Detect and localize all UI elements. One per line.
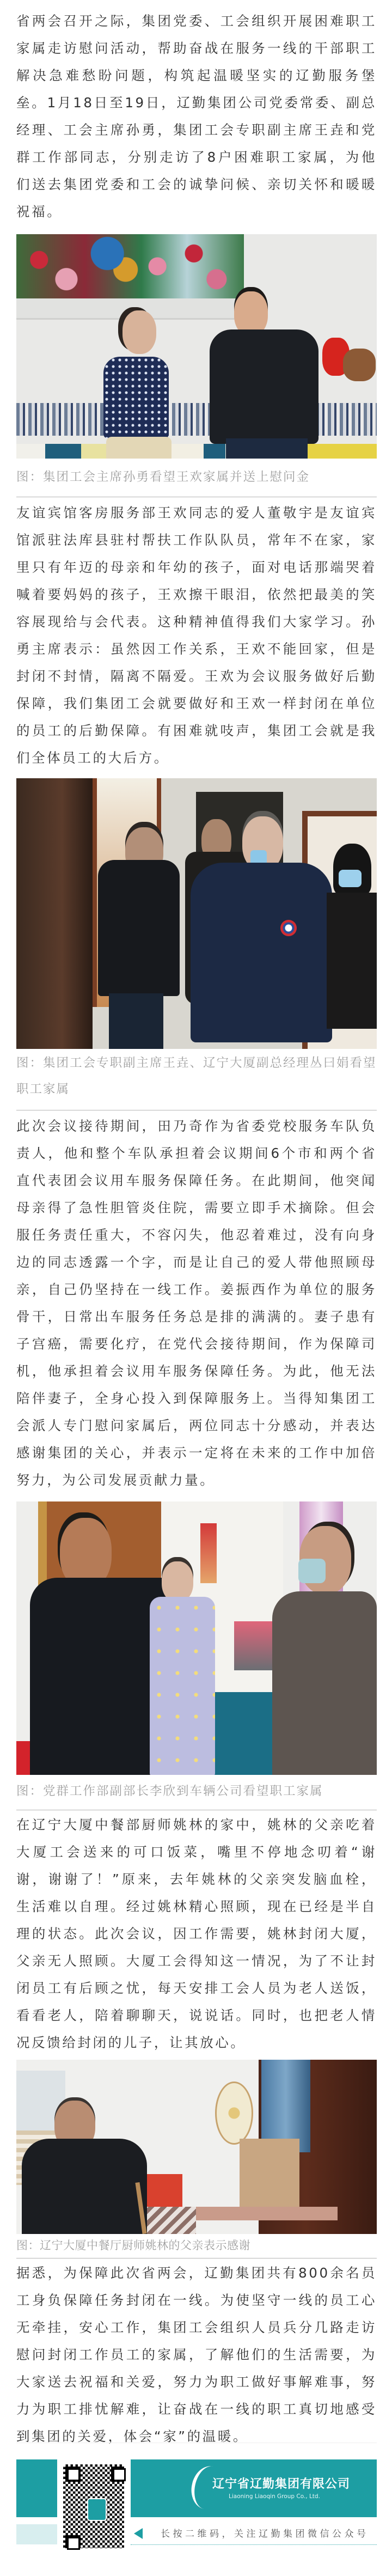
door-frame-left [16,778,93,1049]
woman-in-pajamas [150,1561,215,1775]
paper-bag [240,2139,299,2209]
caption-photo3: 图：党群工作部副部长李欣到车辆公司看望职工家属 [16,1778,377,1804]
dotted-underline [131,2544,377,2545]
table [191,2207,338,2220]
peony-painting [16,234,244,298]
arrow-left-icon [134,2528,143,2539]
electric-fan [215,2081,253,2145]
sofa-cushion [16,444,377,459]
photo-union-chairman-visit [16,234,377,459]
article: 省两会召开之际，集团党委、工会组织开展困难职工家属走访慰问活动，帮助奋战在服务一… [16,0,377,2450]
caption-photo2: 图：集团工会专职副主席王垚、辽宁大厦副总经理丛曰娟看望职工家属 [16,1050,377,1102]
qr-finder [67,2468,80,2481]
brand-panel: 辽宁省辽勤集团有限公司 Liaoning Liaoqin Group Co., … [131,2459,377,2517]
paragraph-yao-lin: 在辽宁大厦中餐部厨师姚林的家中，姚林的父亲吃着大厦工会送来的可口饭菜，嘴里不停地… [16,1811,377,2056]
qr-code-icon[interactable] [61,2462,126,2550]
union-chairman [210,291,318,459]
footer-divider [16,2443,377,2443]
paragraph-wang-huan: 友谊宾馆客房服务部王欢同志的爱人董敬宇是友谊宾馆派驻法库县驻村帮扶工作队队员，常… [16,499,377,772]
banner-accent-light [16,2524,57,2544]
brand-name-en: Liaoning Liaoqin Group Co., Ltd. [229,2493,320,2500]
qr-finder [113,2468,126,2481]
photo-vice-chairman-visit [16,778,377,1049]
company-logo-icon [87,2498,107,2521]
deputy-manager [327,844,377,1029]
family-member [98,827,180,1045]
photo-vehicle-company-visit [16,1501,377,1775]
sofa-back [16,403,377,436]
paragraph-fleet: 此次会议接待期间，田乃奇作为省委党校服务车队负责人，他和整个车队承担着会议期间6… [16,1113,377,1494]
banner-accent-left [16,2459,57,2517]
elderly-father [22,2101,147,2234]
deputy-director [272,1526,377,1775]
family-member [103,310,174,459]
caption-photo4: 图：辽宁大厦中餐厅厨师姚林的父亲表示感谢 [16,2234,377,2257]
vice-chairman [191,816,332,1049]
paragraph-closing: 据悉，为保障此次省两会，辽勤集团共有800余名员工身负保障任务封闭在一线。为使坚… [16,2260,377,2450]
wechat-follow-banner: 辽宁省辽勤集团有限公司 Liaoning Liaoqin Group Co., … [16,2459,377,2525]
paragraph-intro: 省两会召开之际，集团党委、工会组织开展困难职工家属走访慰问活动，帮助奋战在服务一… [16,8,377,225]
qr-finder [67,2537,80,2550]
brand-name-cn: 辽宁省辽勤集团有限公司 [212,2475,350,2492]
photo-yao-lin-father [16,2060,377,2234]
plush-bear [343,349,376,381]
brand-block: 辽宁省辽勤集团有限公司 Liaoning Liaoqin Group Co., … [131,2459,377,2517]
caption-photo1: 图：集团工会主席孙勇看望王欢家属并送上慰问金 [16,464,377,490]
follow-instruction: 长按二维码，关注辽勤集团微信公众号 [161,2526,369,2540]
